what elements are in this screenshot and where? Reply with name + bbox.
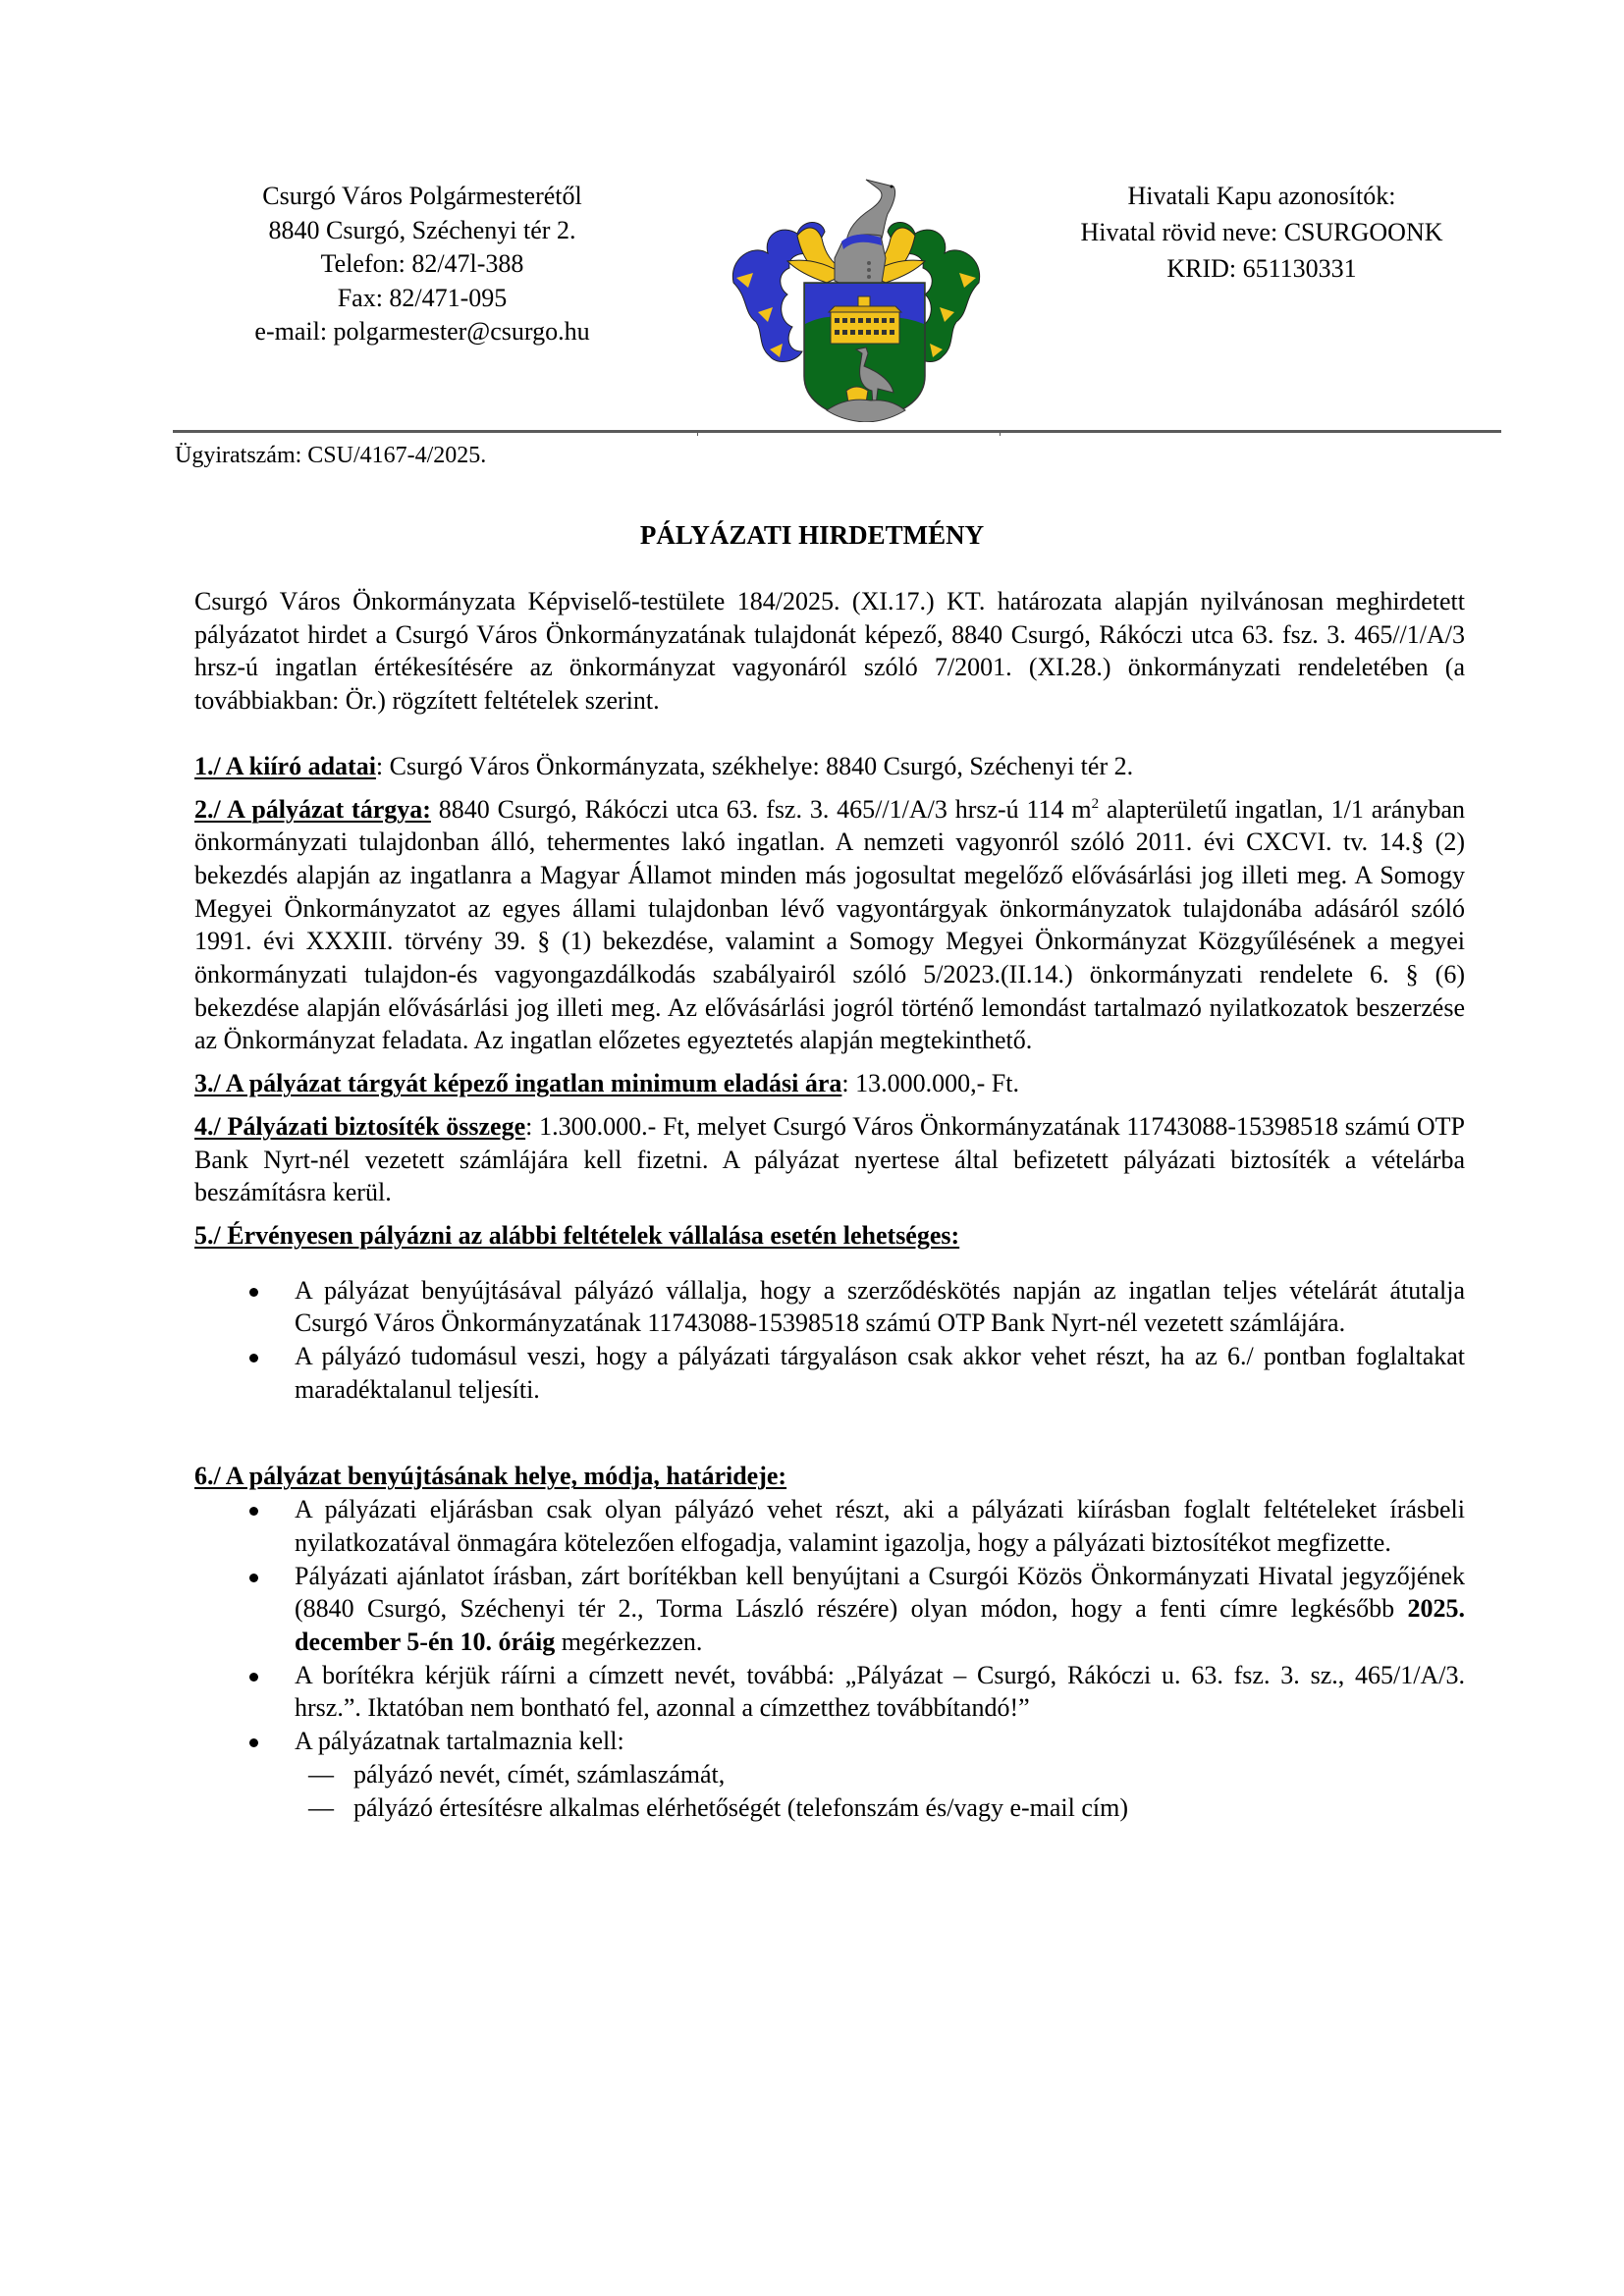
sub-list-item: —pályázó értesítésre alkalmas elérhetősé… [295, 1791, 1465, 1825]
section-2-heading: 2./ A pályázat tárgya: [194, 795, 431, 824]
list-item-text: A pályázatnak tartalmaznia kell: [295, 1727, 624, 1755]
list-item-text: A pályázat benyújtásával pályázó vállalj… [295, 1276, 1465, 1338]
sender-address-block: Csurgó Város Polgármesterétől 8840 Csurg… [177, 180, 668, 349]
bullet-icon [249, 1673, 258, 1682]
section-1-text: : Csurgó Város Önkormányzata, székhelye:… [376, 752, 1133, 780]
list-item: A pályázó tudomásul veszi, hogy a pályáz… [194, 1340, 1465, 1406]
dash-icon: — [308, 1791, 334, 1825]
krid: KRID: 651130331 [1001, 252, 1522, 287]
bullet-icon [249, 1574, 258, 1582]
section-4: 4./ Pályázati biztosíték összege: 1.300.… [194, 1110, 1465, 1209]
document-page: Csurgó Város Polgármesterétől 8840 Csurg… [0, 0, 1624, 2296]
section-6: 6./ A pályázat benyújtásának helye, módj… [194, 1460, 1465, 1493]
list-item: A pályázatnak tartalmaznia kell: —pályáz… [194, 1725, 1465, 1824]
section-3-text: : 13.000.000,- Ft. [841, 1069, 1019, 1097]
dash-icon: — [308, 1758, 334, 1791]
gateway-ids-heading: Hivatali Kapu azonosítók: [1001, 180, 1522, 214]
section-6-heading: 6./ A pályázat benyújtásának helye, módj… [194, 1462, 786, 1490]
bullet-icon [249, 1354, 258, 1362]
sender-phone: Telefon: 82/47l-388 [177, 247, 668, 282]
list-item-text: megérkezzen. [555, 1628, 702, 1656]
list-item-text: Pályázati ajánlatot írásban, zárt boríté… [295, 1562, 1465, 1624]
section-6-list: A pályázati eljárásban csak olyan pályáz… [194, 1493, 1465, 1824]
header-divider [173, 430, 1501, 433]
section-2-text-b: alapterületű ingatlan, 1/1 arányban önko… [194, 795, 1465, 1055]
section-4-heading: 4./ Pályázati biztosíték összege [194, 1112, 525, 1141]
list-item: A borítékra kérjük ráírni a címzett nevé… [194, 1659, 1465, 1725]
page-title: PÁLYÁZATI HIRDETMÉNY [0, 518, 1624, 552]
required-contents-list: —pályázó nevét, címét, számlaszámát, —pá… [295, 1758, 1465, 1824]
bullet-icon [249, 1507, 258, 1516]
sub-list-item-text: pályázó nevét, címét, számlaszámát, [353, 1760, 725, 1789]
list-item-text: A pályázó tudomásul veszi, hogy a pályáz… [295, 1342, 1465, 1404]
list-item: A pályázat benyújtásával pályázó vállalj… [194, 1274, 1465, 1340]
office-short-name: Hivatal rövid neve: CSURGOONK [1001, 216, 1522, 250]
section-3-heading: 3./ A pályázat tárgyát képező ingatlan m… [194, 1069, 841, 1097]
office-gateway-ids: Hivatali Kapu azonosítók: Hivatal rövid … [1001, 180, 1522, 289]
intro-paragraph: Csurgó Város Önkormányzata Képviselő-tes… [194, 585, 1465, 718]
list-item: Pályázati ajánlatot írásban, zárt boríté… [194, 1560, 1465, 1659]
section-2-text-a: 8840 Csurgó, Rákóczi utca 63. fsz. 3. 46… [431, 795, 1092, 824]
bullet-icon [249, 1738, 258, 1747]
list-item-text: A borítékra kérjük ráírni a címzett nevé… [295, 1661, 1465, 1723]
header-divider-tick [697, 430, 698, 436]
list-item: A pályázati eljárásban csak olyan pályáz… [194, 1493, 1465, 1559]
document-body: Csurgó Város Önkormányzata Képviselő-tes… [194, 585, 1465, 1824]
sender-address: 8840 Csurgó, Széchenyi tér 2. [177, 214, 668, 248]
header-divider-tick [1000, 430, 1001, 436]
sender-email: e-mail: polgarmester@csurgo.hu [177, 315, 668, 349]
sender-fax: Fax: 82/471-095 [177, 282, 668, 316]
section-5-list: A pályázat benyújtásával pályázó vállalj… [194, 1274, 1465, 1407]
section-1: 1./ A kiíró adatai: Csurgó Város Önkormá… [194, 750, 1465, 783]
sender-name: Csurgó Város Polgármesterétől [177, 180, 668, 214]
section-2: 2./ A pályázat tárgya: 8840 Csurgó, Rákó… [194, 793, 1465, 1058]
file-number: Ügyiratszám: CSU/4167-4/2025. [175, 441, 486, 470]
section-5: 5./ Érvényesen pályázni az alábbi feltét… [194, 1219, 1465, 1253]
list-item-text: A pályázati eljárásban csak olyan pályáz… [295, 1495, 1465, 1557]
bullet-icon [249, 1288, 258, 1297]
coat-of-arms-icon [709, 165, 1003, 422]
sub-list-item-text: pályázó értesítésre alkalmas elérhetőség… [353, 1793, 1128, 1822]
section-1-heading: 1./ A kiíró adatai [194, 752, 376, 780]
section-3: 3./ A pályázat tárgyát képező ingatlan m… [194, 1067, 1465, 1100]
section-5-heading: 5./ Érvényesen pályázni az alábbi feltét… [194, 1221, 959, 1250]
sub-list-item: —pályázó nevét, címét, számlaszámát, [295, 1758, 1465, 1791]
